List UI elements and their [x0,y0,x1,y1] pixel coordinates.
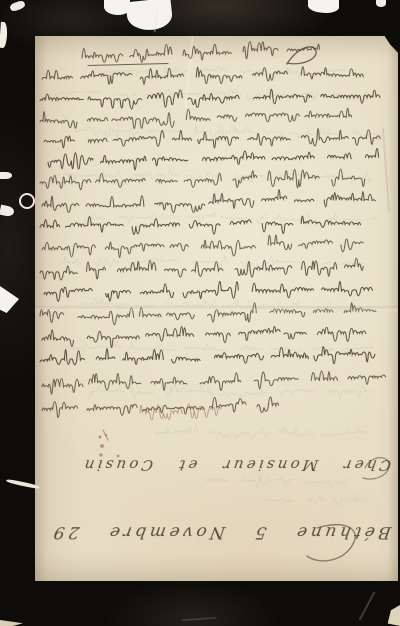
handwriting-line [42,190,375,213]
handwriting-line [44,281,372,301]
show-through-line [205,474,346,488]
handwriting-line [42,67,363,84]
show-through-line [90,385,369,399]
show-through-line [95,64,366,77]
red-speck [100,444,104,448]
salutation-line: Cher Monsieur et Cousin [46,456,393,474]
handwriting-line [82,42,320,63]
dateline: Béthune 5 Novembre 29 [45,522,392,542]
fold-crease [35,306,398,311]
handwriting-line [42,235,363,258]
show-through-line [85,212,378,225]
red-speck-stroke [103,430,108,440]
show-through-line [60,256,365,270]
red-speck [99,436,102,439]
photo-scene: Cher Monsieur et Cousin Béthune 5 Novemb… [0,0,400,626]
final-line-underline [88,64,168,66]
letter-paper: Cher Monsieur et Cousin Béthune 5 Novemb… [35,36,398,581]
handwriting-line [40,347,375,365]
red-tinted-strokes [140,404,221,420]
show-through-line [155,425,365,439]
show-through-line [265,494,366,505]
handwriting-line [48,148,379,169]
handwriting-line [42,326,366,347]
